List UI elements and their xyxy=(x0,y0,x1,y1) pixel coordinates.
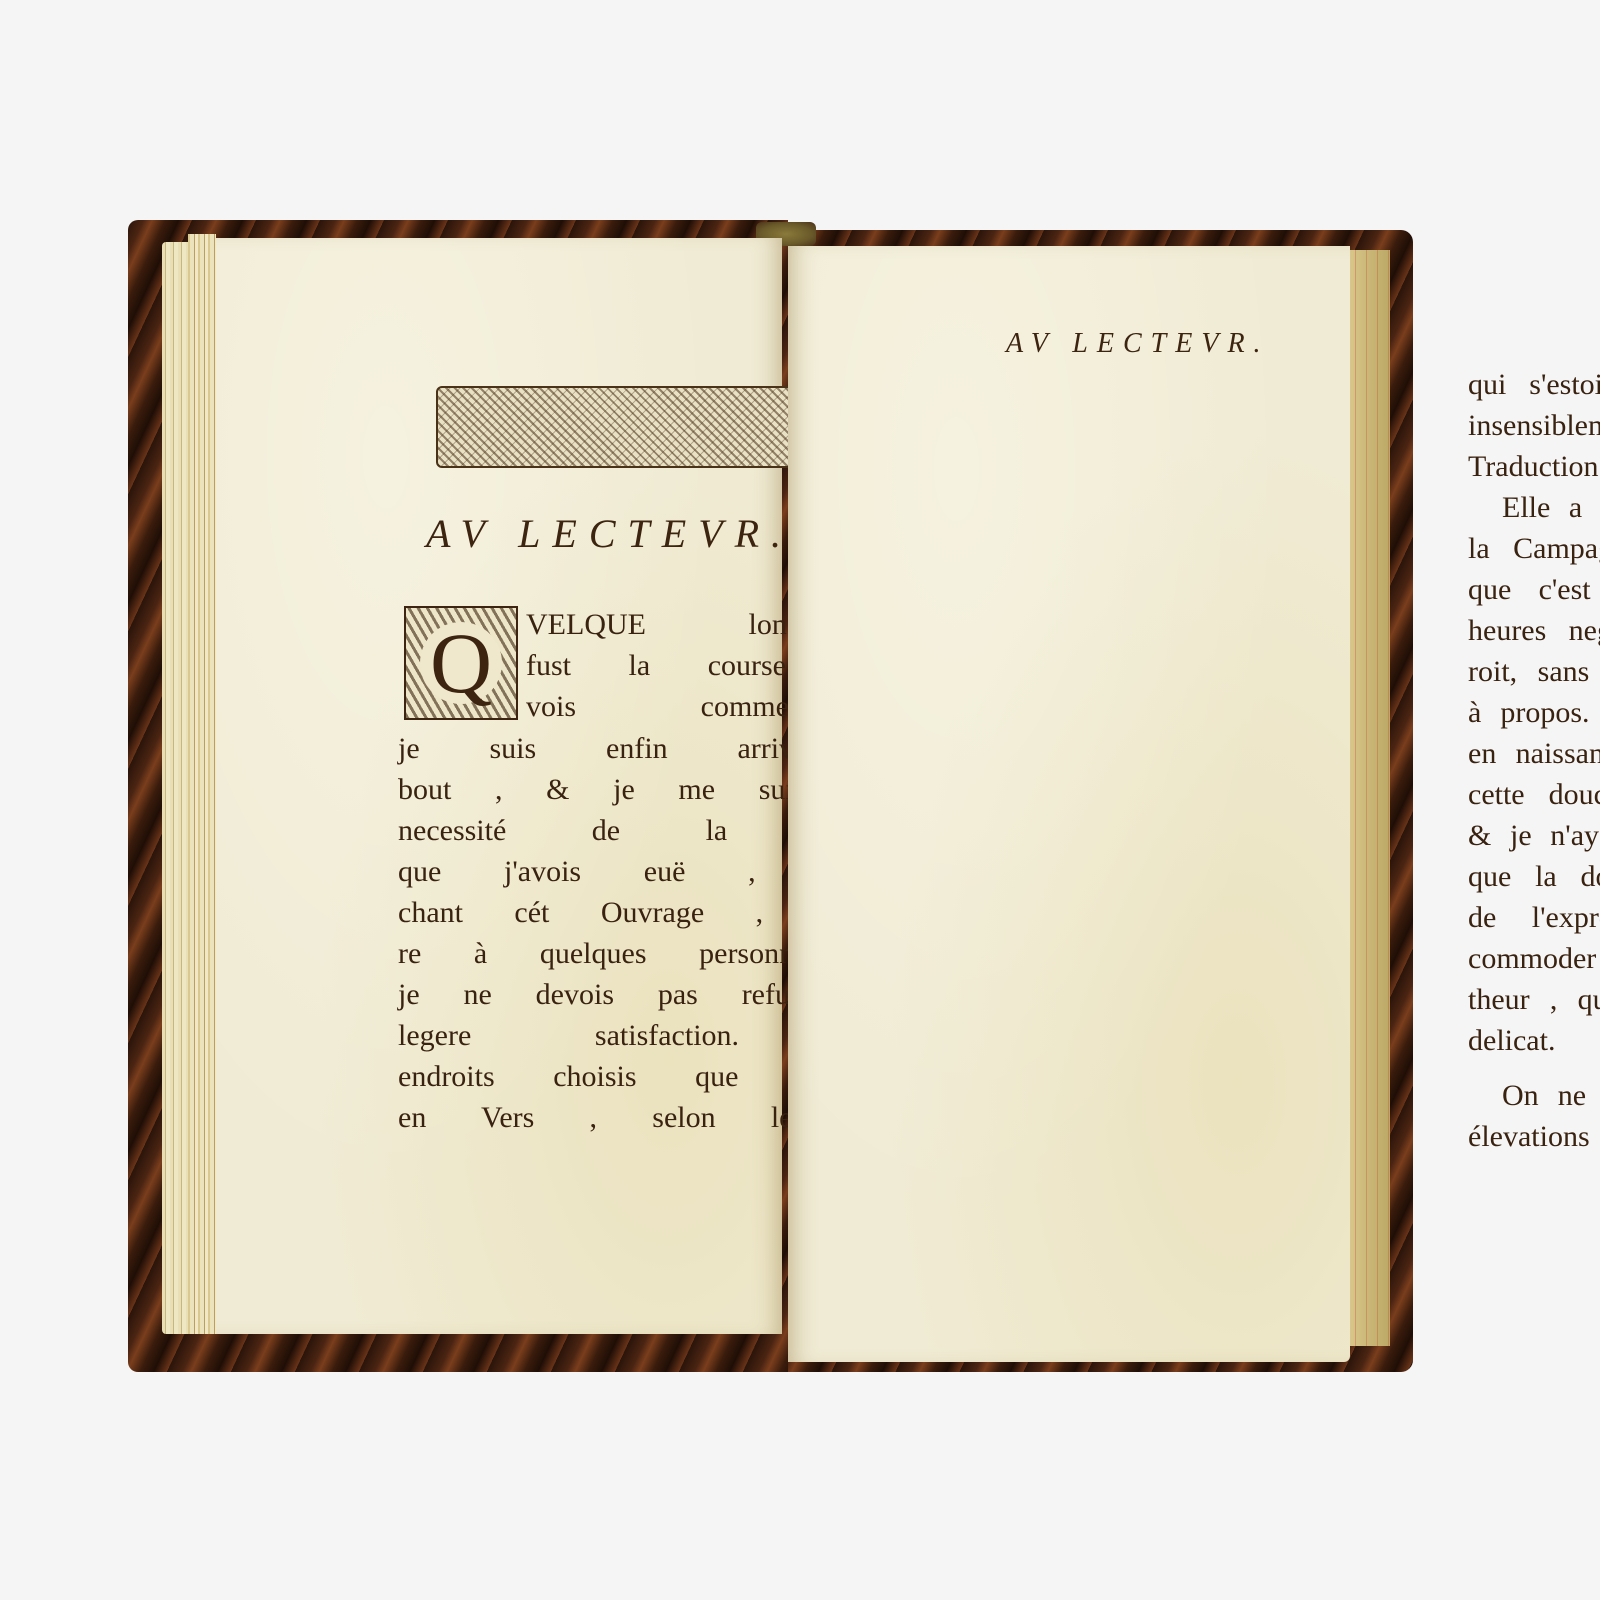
text-line: cette douce liberté des champs, xyxy=(1468,774,1600,815)
text-line: Elle a commencé de naistre à xyxy=(1468,487,1600,528)
left-page-stack xyxy=(188,234,216,1334)
open-book: AV LECTEVR. Q VELQUE longue que fust la … xyxy=(128,220,1418,1372)
text-line: insensiblement engagé à une xyxy=(1468,405,1600,446)
text-line: Traduction plus suivie. xyxy=(1468,446,1600,487)
text-line: élevations pompeuses, qui sont xyxy=(1468,1116,1600,1157)
decorated-initial-q: Q xyxy=(404,606,518,720)
text-line: On ne verra point icy de ces xyxy=(1468,1075,1600,1116)
drop-cap-letter: Q xyxy=(420,622,502,704)
text-line: en naissant cét air agréable , & xyxy=(1468,733,1600,774)
running-head: AV LECTEVR. xyxy=(1006,328,1270,360)
text-line: roit, sans doute passer plus mal xyxy=(1468,651,1600,692)
text-line: commoder au Génie de l'Au- xyxy=(1468,938,1600,979)
text-line: que la douceur , & la facilité xyxy=(1468,856,1600,897)
text-line: à propos. Je luy ay fait prendre xyxy=(1468,692,1600,733)
left-page: AV LECTEVR. Q VELQUE longue que fust la … xyxy=(216,238,782,1334)
left-page-edges xyxy=(162,242,190,1334)
sprinkled-red-fore-edge xyxy=(1350,250,1390,1346)
woodcut-headpiece-ornament xyxy=(436,386,840,468)
right-body-text: qui s'estoient presentées , m'ont insens… xyxy=(1468,364,1600,1157)
text-line: & je n'ay cherché dans les Vers xyxy=(1468,815,1600,856)
right-page: AV LECTEVR. qui s'estoient presentées , … xyxy=(788,246,1350,1362)
text-line: de l'expression , pour m'ac- xyxy=(1468,897,1600,938)
text-line: qui s'estoient presentées , m'ont xyxy=(1468,364,1600,405)
text-line: theur , qui est facile , doux & xyxy=(1468,979,1600,1020)
text-line: delicat. xyxy=(1468,1020,1600,1061)
page-heading: AV LECTEVR. xyxy=(426,510,793,557)
text-line: que c'est le fruit de quelques xyxy=(1468,569,1600,610)
text-line: la Campagne , & je puis dire xyxy=(1468,528,1600,569)
text-line: heures negligées, que l'on pour- xyxy=(1468,610,1600,651)
